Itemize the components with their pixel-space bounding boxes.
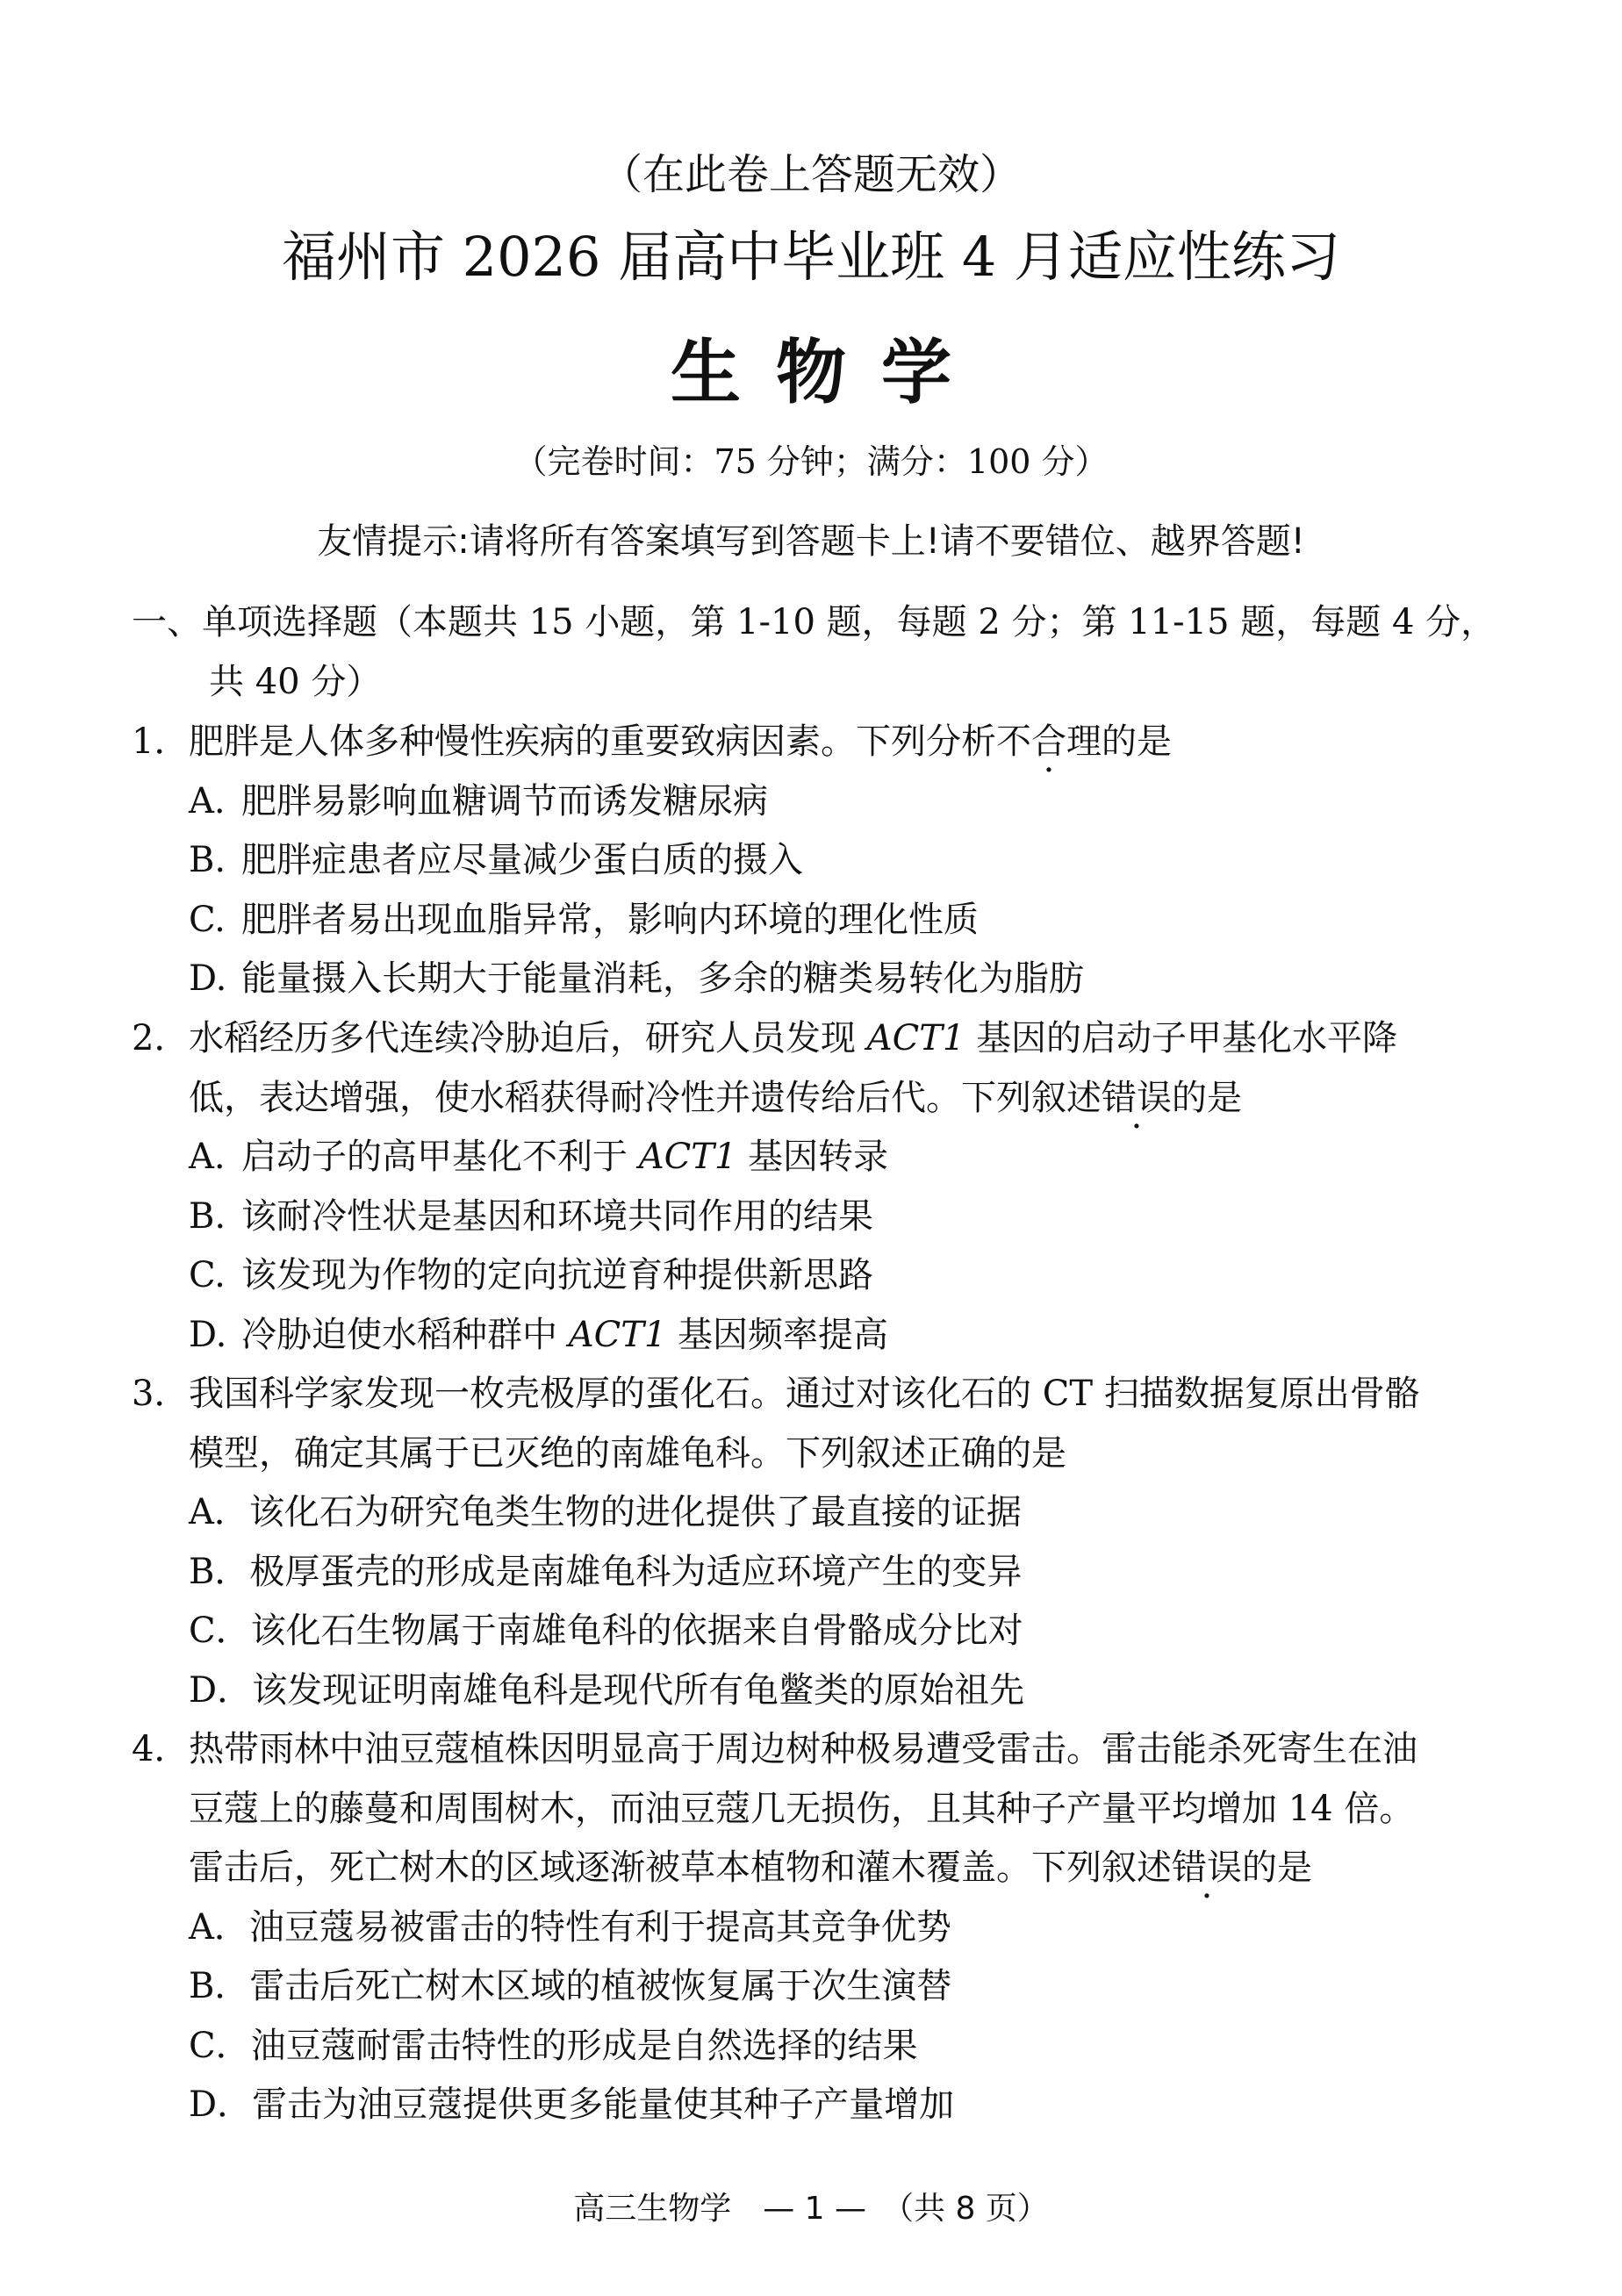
option-c: C．油豆蔻耐雷击特性的形成是自然选择的结果 [132, 2017, 1501, 2077]
option-label: A. [189, 1128, 241, 1187]
question-stem-continued: 模型，确定其属于已灭绝的南雄龟科。下列叙述正确的是 [132, 1424, 1501, 1484]
question-2: 2．水稻经历多代连续冷胁迫后，研究人员发现 ACT1 基因的启动子甲基化水平降 … [132, 1009, 1501, 1365]
option-c: C.肥胖者易出现血脂异常，影响内环境的理化性质 [132, 891, 1501, 951]
gene-name: ACT1 [639, 1137, 737, 1177]
question-3: 3．我国科学家发现一枚壳极厚的蛋化石。通过对该化石的 CT 扫描数据复原出骨骼 … [132, 1365, 1501, 1720]
option-text: 启动子的高甲基化不利于 [241, 1137, 639, 1177]
question-number: 2． [132, 1009, 189, 1069]
stem-text: 的是 [1242, 1848, 1312, 1888]
option-d: D．雷击为油豆蔻提供更多能量使其种子产量增加 [132, 2076, 1501, 2135]
option-label: A. [189, 772, 241, 832]
option-text: 该化石为研究龟类生物的进化提供了最直接的证据 [249, 1492, 1022, 1532]
option-label: B． [189, 1543, 249, 1603]
question-number: 1． [132, 713, 189, 772]
exam-time-info: （完卷时间：75 分钟；满分：100 分） [0, 434, 1622, 483]
question-1: 1．肥胖是人体多种慢性疾病的重要致病因素。下列分析不合理的是 A.肥胖易影响血糖… [132, 713, 1501, 1009]
question-stem: 3．我国科学家发现一枚壳极厚的蛋化石。通过对该化石的 CT 扫描数据复原出骨骼 [132, 1365, 1501, 1424]
option-text: 基因频率提高 [666, 1315, 888, 1355]
question-stem-continued: 豆蔻上的藤蔓和周围树木，而油豆蔻几无损伤，且其种子产量平均增加 14 倍。 [132, 1780, 1501, 1840]
option-text: 肥胖者易出现血脂异常，影响内环境的理化性质 [241, 900, 979, 940]
stem-text: 雷击后，死亡树木的区域逐渐被草本植物和灌木覆盖。下列叙述 [189, 1848, 1172, 1888]
subject-title: 生物学 [0, 316, 1622, 417]
option-text: 油豆蔻易被雷击的特性有利于提高其竞争优势 [249, 1907, 951, 1948]
option-a: A．油豆蔻易被雷击的特性有利于提高其竞争优势 [132, 1898, 1501, 1958]
question-stem: 4．热带雨林中油豆蔻植株因明显高于周边树种极易遭受雷击。雷击能杀死寄生在油 [132, 1720, 1501, 1780]
option-b: B.该耐冷性状是基因和环境共同作用的结果 [132, 1187, 1501, 1247]
gene-name: ACT1 [867, 1018, 965, 1058]
option-label: C． [189, 1602, 251, 1661]
option-label: A． [189, 1483, 249, 1543]
option-label: A． [189, 1898, 249, 1958]
option-text: 油豆蔻耐雷击特性的形成是自然选择的结果 [251, 2026, 918, 2066]
option-a: A．该化石为研究龟类生物的进化提供了最直接的证据 [132, 1483, 1501, 1543]
option-d: D.能量摄入长期大于能量消耗，多余的糖类易转化为脂肪 [132, 950, 1501, 1009]
option-label: B. [189, 831, 241, 891]
option-text: 该化石生物属于南雄龟科的依据来自骨骼成分比对 [251, 1611, 1023, 1651]
question-stem-continued: 雷击后，死亡树木的区域逐渐被草本植物和灌木覆盖。下列叙述错误的是 [132, 1839, 1501, 1898]
option-text: 极厚蛋壳的形成是南雄龟科为适应环境产生的变异 [249, 1552, 1022, 1592]
option-text: 能量摄入长期大于能量消耗，多余的糖类易转化为脂肪 [241, 958, 1084, 999]
option-label: D． [189, 1661, 252, 1721]
stem-text: 我国科学家发现一枚壳极厚的蛋化石。通过对该化石的 CT 扫描数据复原出骨骼 [189, 1374, 1420, 1414]
friendly-tip: 友情提示:请将所有答案填写到答题卡上!请不要错位、越界答题! [0, 513, 1622, 563]
question-4: 4．热带雨林中油豆蔻植株因明显高于周边树种极易遭受雷击。雷击能杀死寄生在油 豆蔻… [132, 1720, 1501, 2135]
option-label: C. [189, 1246, 241, 1306]
option-d: D．该发现证明南雄龟科是现代所有龟鳖类的原始祖先 [132, 1661, 1501, 1721]
option-b: B．极厚蛋壳的形成是南雄龟科为适应环境产生的变异 [132, 1543, 1501, 1603]
option-c: C.该发现为作物的定向抗逆育种提供新思路 [132, 1246, 1501, 1306]
invalid-answer-notice: （在此卷上答题无效） [0, 140, 1622, 201]
emphasis-text: 错误 [1172, 1848, 1242, 1888]
gene-name: ACT1 [569, 1315, 667, 1355]
option-label: D. [189, 1306, 241, 1366]
option-label: C. [189, 891, 241, 951]
option-b: B．雷击后死亡树木区域的植被恢复属于次生演替 [132, 1957, 1501, 2017]
stem-text: 低，表达增强，使水稻获得耐冷性并遗传给后代。下列叙述 [189, 1078, 1102, 1118]
question-stem: 2．水稻经历多代连续冷胁迫后，研究人员发现 ACT1 基因的启动子甲基化水平降 [132, 1009, 1501, 1069]
question-stem-continued: 低，表达增强，使水稻获得耐冷性并遗传给后代。下列叙述错误的是 [132, 1069, 1501, 1129]
option-b: B.肥胖症患者应尽量减少蛋白质的摄入 [132, 831, 1501, 891]
option-label: C． [189, 2017, 251, 2077]
option-label: B. [189, 1187, 241, 1247]
option-text: 基因转录 [736, 1137, 888, 1177]
exam-title: 福州市 2026 届高中毕业班 4 月适应性练习 [0, 213, 1622, 291]
option-text: 雷击为油豆蔻提供更多能量使其种子产量增加 [252, 2084, 954, 2125]
stem-text: 的是 [1102, 721, 1172, 762]
option-text: 肥胖易影响血糖调节而诱发糖尿病 [241, 781, 768, 822]
option-text: 该发现证明南雄龟科是现代所有龟鳖类的原始祖先 [252, 1670, 1024, 1711]
stem-text: 基因的启动子甲基化水平降 [965, 1018, 1397, 1058]
option-label: D. [189, 950, 241, 1009]
stem-text: 肥胖是人体多种慢性疾病的重要致病因素。下列分析 [189, 721, 996, 762]
question-number: 4． [132, 1720, 189, 1780]
option-text: 该发现为作物的定向抗逆育种提供新思路 [241, 1255, 873, 1295]
question-stem: 1．肥胖是人体多种慢性疾病的重要致病因素。下列分析不合理的是 [132, 713, 1501, 772]
section-heading-line1: 一、单项选择题（本题共 15 小题，第 1-10 题，每题 2 分；第 11-1… [132, 602, 1496, 642]
stem-text: 热带雨林中油豆蔻植株因明显高于周边树种极易遭受雷击。雷击能杀死寄生在油 [189, 1729, 1417, 1769]
question-number: 3． [132, 1365, 189, 1424]
stem-text: 的是 [1172, 1078, 1242, 1118]
section-heading-line2: 共 40 分） [132, 652, 1501, 712]
page-footer: 高三生物学 — 1 — （共 8 页） [0, 2184, 1622, 2228]
emphasis-text: 不合理 [996, 721, 1102, 762]
option-a: A.启动子的高甲基化不利于 ACT1 基因转录 [132, 1128, 1501, 1187]
option-c: C．该化石生物属于南雄龟科的依据来自骨骼成分比对 [132, 1602, 1501, 1661]
option-label: D． [189, 2076, 252, 2135]
option-text: 雷击后死亡树木区域的植被恢复属于次生演替 [249, 1966, 951, 2006]
stem-text: 水稻经历多代连续冷胁迫后，研究人员发现 [189, 1018, 867, 1058]
section-heading: 一、单项选择题（本题共 15 小题，第 1-10 题，每题 2 分；第 11-1… [132, 592, 1501, 712]
option-a: A.肥胖易影响血糖调节而诱发糖尿病 [132, 772, 1501, 832]
option-label: B． [189, 1957, 249, 2017]
option-text: 肥胖症患者应尽量减少蛋白质的摄入 [241, 840, 803, 880]
option-text: 冷胁迫使水稻种群中 [241, 1315, 569, 1355]
option-d: D.冷胁迫使水稻种群中 ACT1 基因频率提高 [132, 1306, 1501, 1366]
option-text: 该耐冷性状是基因和环境共同作用的结果 [241, 1196, 873, 1237]
emphasis-text: 错误 [1102, 1078, 1172, 1118]
